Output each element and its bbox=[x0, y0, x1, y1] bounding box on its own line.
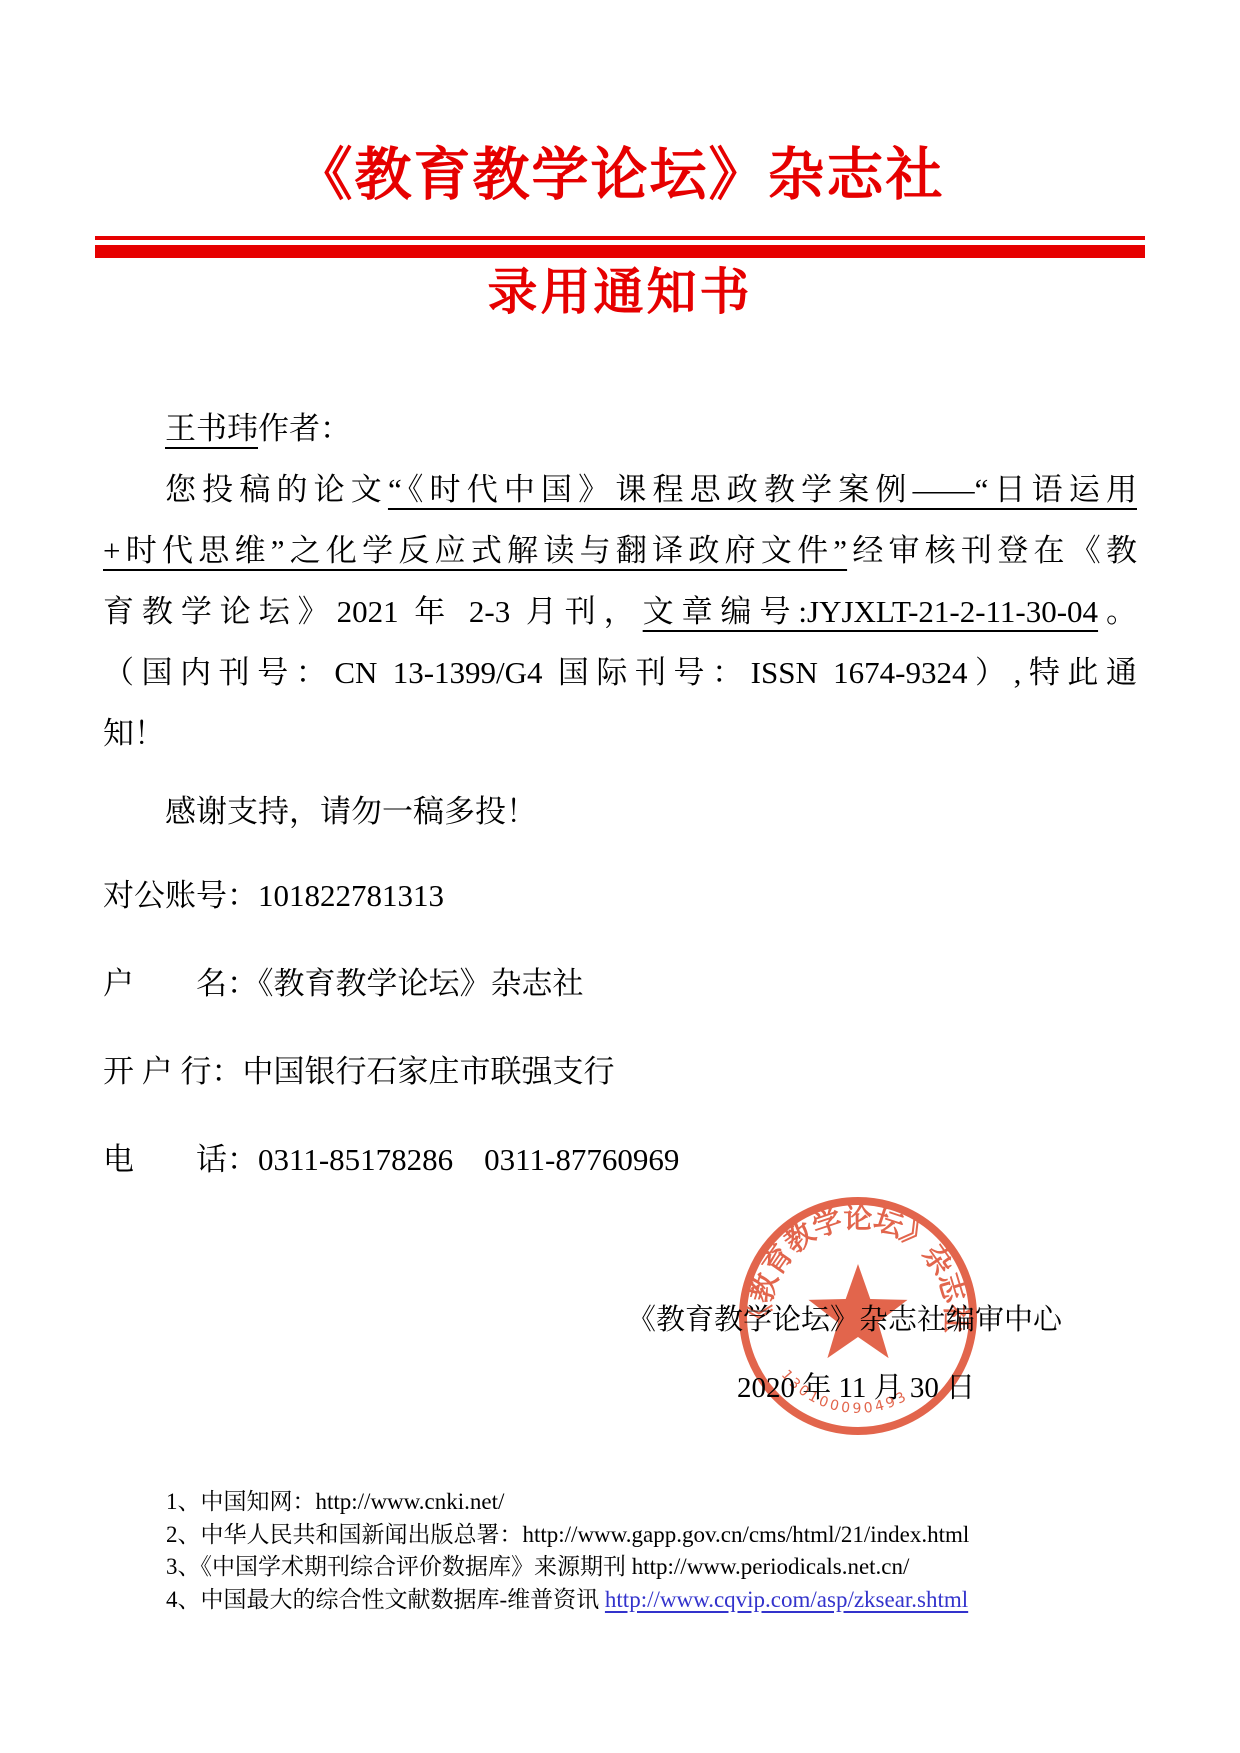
body-text: 作者： bbox=[258, 411, 351, 446]
body-line: 感谢支持，请勿一稿多投！ bbox=[103, 781, 1137, 842]
header-divider bbox=[95, 236, 1145, 258]
account-row-label: 开 户 行： bbox=[103, 1054, 243, 1089]
underlined-text: +时代思维”之化学反应式解读与翻译政府文件” bbox=[103, 533, 847, 568]
body-line: 育教学论坛》2021 年 2-3 月刊，文章编号:JYJXLT-21-2-11-… bbox=[103, 581, 1137, 642]
account-row-value: 中国银行石家庄市联强支行 bbox=[243, 1054, 615, 1089]
signature-date-line: 2020 年 11 月 30 日 bbox=[737, 1368, 975, 1408]
body-line: 您投稿的论文“《时代中国》课程思政教学案例——“日语运用 bbox=[103, 459, 1137, 520]
footer-item: 1、中国知网：http://www.cnki.net/ bbox=[166, 1486, 1156, 1519]
footer-item: 2、中华人民共和国新闻出版总署：http://www.gapp.gov.cn/c… bbox=[166, 1519, 1156, 1552]
account-info-block: 对公账号：101822781313户 名：《教育教学论坛》杂志社开 户 行：中国… bbox=[103, 852, 1137, 1204]
divider-thick-line bbox=[95, 245, 1145, 258]
underlined-text: “《时代中国》课程思政教学案例——“日语运用 bbox=[388, 472, 1137, 507]
acceptance-letter-page: 《教育教学论坛》杂志社 录用通知书 王书玮作者：您投稿的论文“《时代中国》课程思… bbox=[0, 0, 1240, 1753]
footer-item: 3、《中国学术期刊综合评价数据库》来源期刊 http://www.periodi… bbox=[166, 1551, 1156, 1584]
account-row: 户 名：《教育教学论坛》杂志社 bbox=[103, 940, 1137, 1028]
underlined-text: 文章编号:JYJXLT-21-2-11-30-04 bbox=[643, 594, 1098, 629]
account-row-label: 户 名： bbox=[103, 966, 258, 1001]
footer-item: 4、中国最大的综合性文献数据库-维普资讯 http://www.cqvip.co… bbox=[166, 1584, 1156, 1617]
body-text: 。 bbox=[1098, 594, 1137, 629]
body-text: 感谢支持，请勿一稿多投！ bbox=[165, 794, 537, 829]
account-row-label: 电 话： bbox=[103, 1142, 258, 1177]
account-row-label: 对公账号： bbox=[103, 878, 258, 913]
divider-thin-line bbox=[95, 236, 1145, 240]
footer-item-text: 4、中国最大的综合性文献数据库-维普资讯 bbox=[166, 1587, 605, 1612]
body-text: 育教学论坛》2021 年 2-3 月刊， bbox=[103, 594, 643, 629]
body-line: 知！ bbox=[103, 703, 1137, 764]
footer-link[interactable]: http://www.cqvip.com/asp/zksear.shtml bbox=[605, 1587, 968, 1612]
account-row: 对公账号：101822781313 bbox=[103, 852, 1137, 940]
body-text: 您投稿的论文 bbox=[165, 472, 388, 507]
footer-url-text: http://www.gapp.gov.cn/cms/html/21/index… bbox=[523, 1522, 970, 1547]
body-text: 知！ bbox=[103, 716, 165, 751]
account-row-value: 101822781313 bbox=[258, 878, 444, 913]
footer-item-text: 1、中国知网： bbox=[166, 1489, 316, 1514]
body-text: 经审核刊登在《教 bbox=[847, 533, 1137, 568]
body-line: 王书玮作者： bbox=[103, 398, 1137, 459]
org-title: 《教育教学论坛》杂志社 bbox=[0, 142, 1240, 210]
footer-item-text: 3、《中国学术期刊综合评价数据库》来源期刊 bbox=[166, 1554, 632, 1579]
body-line: +时代思维”之化学反应式解读与翻译政府文件”经审核刊登在《教 bbox=[103, 520, 1137, 581]
account-row: 开 户 行：中国银行石家庄市联强支行 bbox=[103, 1028, 1137, 1116]
body-text: （国内刊号：CN 13-1399/G4 国际刊号：ISSN 1674-9324）… bbox=[103, 655, 1137, 690]
letter-body: 王书玮作者：您投稿的论文“《时代中国》课程思政教学案例——“日语运用+时代思维”… bbox=[103, 398, 1137, 842]
account-row: 电 话：0311-85178286 0311-87760969 bbox=[103, 1116, 1137, 1204]
signature-org-line: 《教育教学论坛》杂志社编审中心 bbox=[627, 1300, 1062, 1340]
underlined-text: 王书玮 bbox=[165, 411, 258, 446]
doc-title: 录用通知书 bbox=[0, 262, 1240, 322]
footer-links: 1、中国知网：http://www.cnki.net/2、中华人民共和国新闻出版… bbox=[166, 1486, 1156, 1616]
footer-item-text: 2、中华人民共和国新闻出版总署： bbox=[166, 1522, 523, 1547]
account-row-value: 《教育教学论坛》杂志社 bbox=[258, 966, 584, 1001]
footer-url-text: http://www.periodicals.net.cn/ bbox=[632, 1554, 910, 1579]
footer-url-text: http://www.cnki.net/ bbox=[316, 1489, 505, 1514]
body-line: （国内刊号：CN 13-1399/G4 国际刊号：ISSN 1674-9324）… bbox=[103, 642, 1137, 703]
account-row-value: 0311-85178286 0311-87760969 bbox=[258, 1142, 679, 1177]
